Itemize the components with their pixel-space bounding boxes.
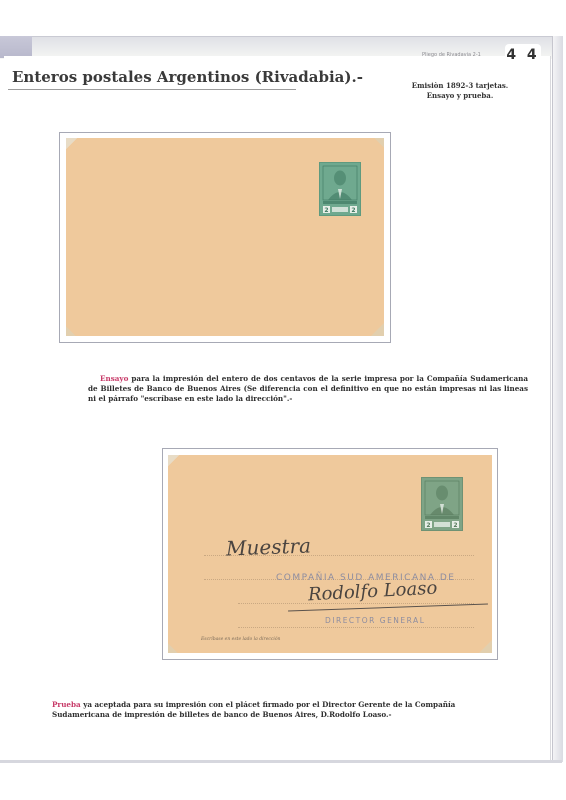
ensayo-description: para la impresión del entero de dos cent… — [88, 374, 528, 403]
corner-wear — [372, 138, 384, 150]
corner-wear — [476, 637, 492, 653]
ensayo-caption: Ensayo para la impresión del entero de d… — [88, 374, 528, 404]
album-sleeve-bottom — [0, 760, 562, 763]
subtitle-line-2: Ensayo y prueba. — [400, 91, 520, 101]
corner-wear — [368, 320, 384, 336]
album-sleeve-tab — [0, 36, 32, 58]
address-line — [238, 627, 474, 628]
prueba-postal-card: 22 Muestra COMPAÑIA SUD AMERICANA DE Rod… — [168, 455, 492, 653]
page-title: Enteros postales Argentinos (Rivadabia).… — [12, 68, 363, 86]
corner-wear — [168, 455, 182, 469]
prueba-description: ya aceptada para su impresión con el plá… — [52, 700, 455, 719]
ensayo-card-mount: 22 — [59, 132, 391, 343]
previous-page-caption: Pliego de Rivadavia 2-1 — [422, 52, 481, 58]
title-underline — [8, 89, 296, 90]
svg-text:2: 2 — [351, 207, 355, 214]
album-sleeve-edge — [552, 36, 563, 762]
prueba-card-mount: 22 Muestra COMPAÑIA SUD AMERICANA DE Rod… — [162, 448, 498, 660]
prueba-label: Prueba — [52, 700, 81, 709]
prueba-caption: Prueba ya aceptada para su impresión con… — [52, 700, 472, 720]
director-title-handstamp: DIRECTOR GENERAL — [325, 616, 425, 625]
svg-text:2: 2 — [426, 522, 430, 529]
address-note: Escríbase en este lado la dirección — [201, 637, 280, 642]
corner-wear — [168, 641, 180, 653]
corner-wear — [66, 138, 80, 152]
page-subtitle: Emisiòn 1892-3 tarjetas. Ensayo y prueba… — [400, 81, 520, 101]
svg-text:2: 2 — [324, 207, 328, 214]
subtitle-line-1: Emisiòn 1892-3 tarjetas. — [400, 81, 520, 91]
handwritten-muestra: Muestra — [226, 534, 312, 561]
svg-text:2: 2 — [453, 522, 457, 529]
address-line — [238, 603, 474, 604]
rivadavia-2-centavos-stamp-icon: 22 — [421, 477, 463, 531]
rivadavia-2-centavos-stamp-icon: 22 — [319, 162, 361, 216]
ensayo-label: Ensayo — [100, 374, 128, 383]
page-number: 4 4 — [505, 44, 541, 66]
corner-wear — [66, 324, 78, 336]
ensayo-postal-card: 22 — [66, 138, 384, 336]
